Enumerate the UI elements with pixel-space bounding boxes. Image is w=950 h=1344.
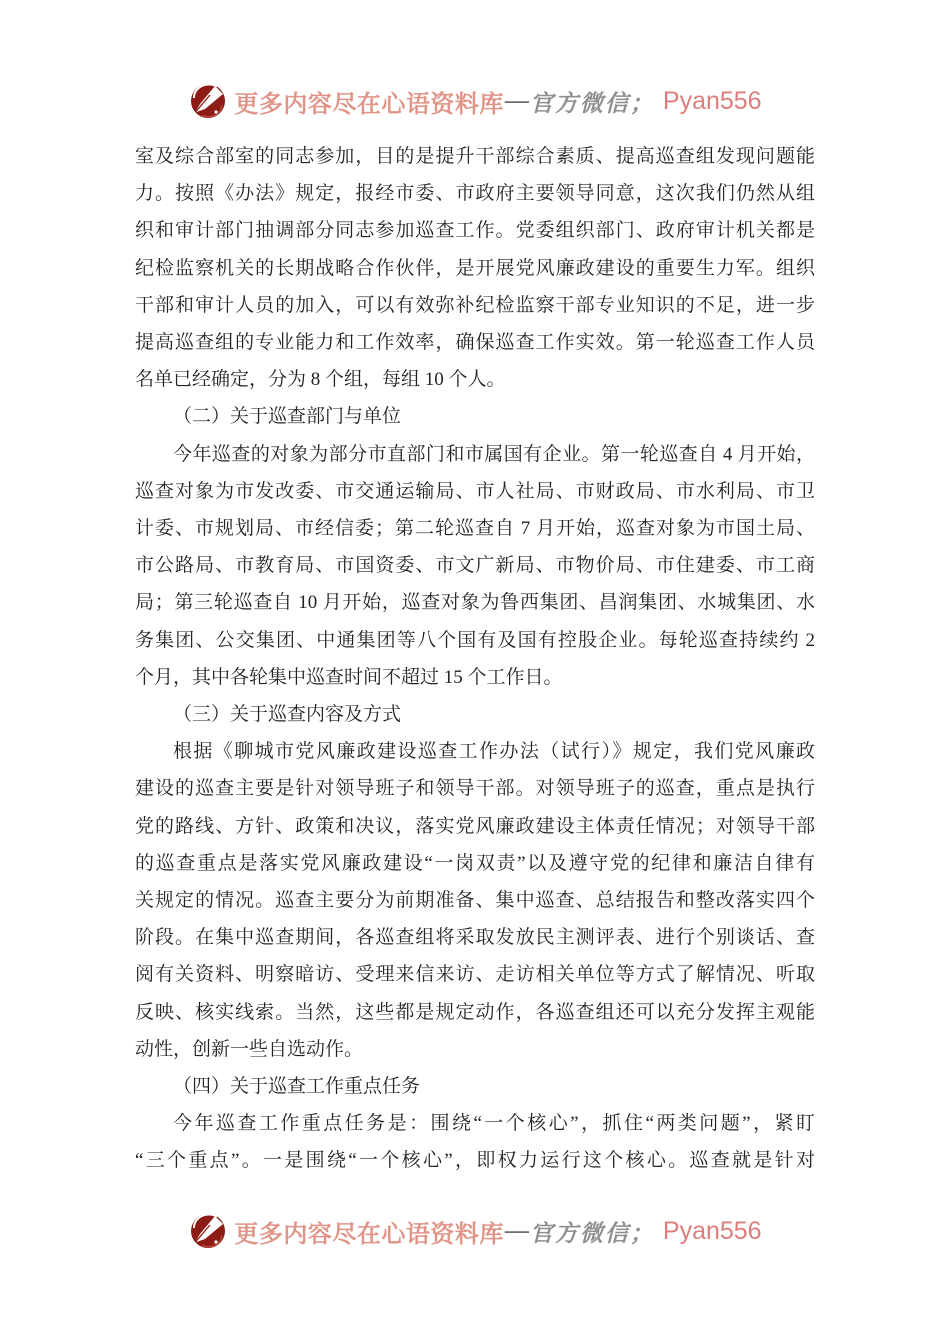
text-line: （三）关于巡查内容及方式 [135, 696, 815, 733]
text-line: “三个重点”。一是围绕“一个核心”，即权力运行这个核心。巡查就是针对 [135, 1142, 815, 1179]
text-line: 力。按照《办法》规定，报经市委、市政府主要领导同意，这次我们仍然从组 [135, 175, 815, 212]
text-line: 名单已经确定，分为 8 个组，每组 10 个人。 [135, 361, 815, 398]
pen-nib-logo-icon [188, 81, 228, 121]
text-line: 计委、市规划局、市经信委；第二轮巡查自 7 月开始，巡查对象为市国土局、 [135, 510, 815, 547]
header-watermark-banner: 更多内容尽在心语资料库 — 官方微信； Pyan556 [0, 79, 950, 123]
text-line: 务集团、公交集团、中通集团等八个国有及国有控股企业。每轮巡查持续约 2 [135, 622, 815, 659]
banner-brand-text: 更多内容尽在心语资料库 [234, 1214, 504, 1249]
text-line: 阅有关资料、明察暗访、受理来信来访、走访相关单位等方式了解情况、听取 [135, 956, 815, 993]
banner-wechat-id: Pyan556 [663, 87, 762, 116]
text-line: 根据《聊城市党风廉政建设巡查工作办法（试行）》规定，我们党风廉政 [135, 733, 815, 770]
pen-nib-logo-icon [188, 1211, 228, 1251]
banner-wechat-label: 官方微信； [530, 85, 655, 118]
text-line: 今年巡查工作重点任务是：围绕“一个核心”，抓住“两类问题”，紧盯 [135, 1105, 815, 1142]
document-lines: 室及综合部室的同志参加，目的是提升干部综合素质、提高巡查组发现问题能力。按照《办… [135, 138, 815, 1180]
text-line: 巡查对象为市发改委、市交通运输局、市人社局、市财政局、市水利局、市卫 [135, 473, 815, 510]
banner-brand-text: 更多内容尽在心语资料库 [234, 84, 504, 119]
text-line: 关规定的情况。巡查主要分为前期准备、集中巡查、总结报告和整改落实四个 [135, 882, 815, 919]
banner-dash: — [505, 1218, 529, 1245]
text-line: 反映、核实线索。当然，这些都是规定动作，各巡查组还可以充分发挥主观能 [135, 994, 815, 1031]
text-line: （四）关于巡查工作重点任务 [135, 1068, 815, 1105]
text-line: 局；第三轮巡查自 10 月开始，巡查对象为鲁西集团、昌润集团、水城集团、水 [135, 584, 815, 621]
text-line: 室及综合部室的同志参加，目的是提升干部综合素质、提高巡查组发现问题能 [135, 138, 815, 175]
text-line: 的巡查重点是落实党风廉政建设“一岗双责”以及遵守党的纪律和廉洁自律有 [135, 845, 815, 882]
text-line: 个月，其中各轮集中巡查时间不超过 15 个工作日。 [135, 659, 815, 696]
banner-wechat-id: Pyan556 [663, 1217, 762, 1246]
text-line: 纪检监察机关的长期战略合作伙伴，是开展党风廉政建设的重要生力军。组织 [135, 250, 815, 287]
text-line: 今年巡查的对象为部分市直部门和市属国有企业。第一轮巡查自 4 月开始， [135, 436, 815, 473]
text-line: 干部和审计人员的加入，可以有效弥补纪检监察干部专业知识的不足，进一步 [135, 287, 815, 324]
text-line: 阶段。在集中巡查期间，各巡查组将采取发放民主测评表、进行个别谈话、查 [135, 919, 815, 956]
banner-dash: — [505, 88, 529, 115]
footer-watermark-banner: 更多内容尽在心语资料库 — 官方微信； Pyan556 [0, 1209, 950, 1253]
text-line: 织和审计部门抽调部分同志参加巡查工作。党委组织部门、政府审计机关都是 [135, 212, 815, 249]
banner-wechat-label: 官方微信； [530, 1215, 655, 1248]
text-line: 动性，创新一些自选动作。 [135, 1031, 815, 1068]
text-line: 市公路局、市教育局、市国资委、市文广新局、市物价局、市住建委、市工商 [135, 547, 815, 584]
text-line: 建设的巡查主要是针对领导班子和领导干部。对领导班子的巡查，重点是执行 [135, 770, 815, 807]
text-line: 党的路线、方针、政策和决议，落实党风廉政建设主体责任情况；对领导干部 [135, 808, 815, 845]
text-line: 提高巡查组的专业能力和工作效率，确保巡查工作实效。第一轮巡查工作人员 [135, 324, 815, 361]
text-line: （二）关于巡查部门与单位 [135, 398, 815, 435]
